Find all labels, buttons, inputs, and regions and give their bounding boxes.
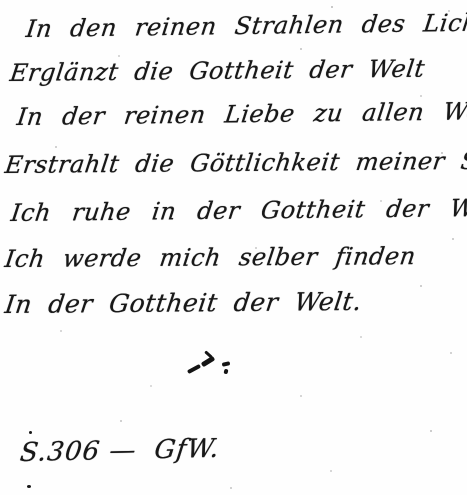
poem-line-1: In den reinen Strahlen des Lichtes <box>24 8 467 43</box>
ink-speck <box>29 431 32 434</box>
flourish-stroke <box>187 364 201 374</box>
flourish-stroke <box>204 350 213 358</box>
poem-line-6: Ich werde mich selber finden <box>3 242 417 273</box>
poem-line-7: In der Gottheit der Welt. <box>3 287 364 319</box>
poem-line-5: Ich ruhe in der Gottheit der Welt <box>9 194 467 227</box>
flourish-stroke <box>222 361 231 367</box>
poem-line-3: In der reinen Liebe zu allen Wesen <box>15 97 467 131</box>
ink-speck <box>27 485 31 488</box>
scan-noise-speckles <box>0 0 2 2</box>
page-reference: S.306 — <box>18 436 138 468</box>
poem-line-2: Erglänzt die Gottheit der Welt <box>8 55 426 87</box>
handwritten-page: In den reinen Strahlen des Lichtes Erglä… <box>0 0 467 495</box>
hand-drawn-asterisk-icon <box>186 350 234 380</box>
footer-reference-line: S.306 —GfW. <box>18 434 221 468</box>
flourish-stroke <box>223 369 228 375</box>
poem-line-4: Erstrahlt die Göttlichkeit meiner Seele <box>3 146 467 179</box>
initials-signature: GfW. <box>153 434 222 465</box>
flourish-stroke <box>201 356 216 368</box>
